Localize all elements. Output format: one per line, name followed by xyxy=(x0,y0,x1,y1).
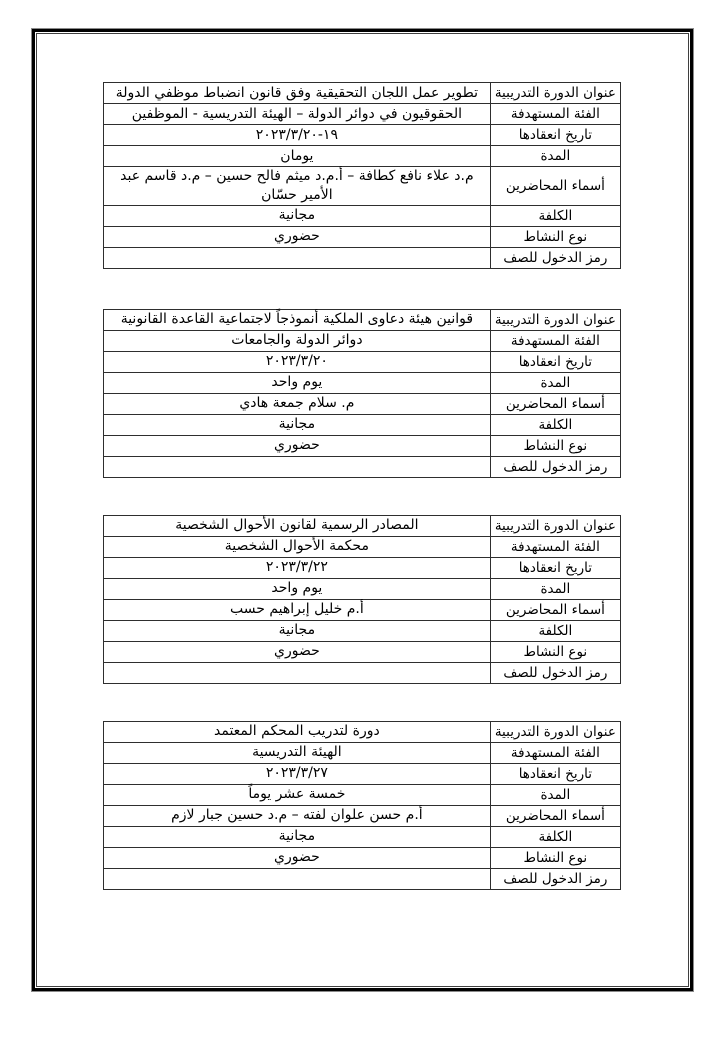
value-class-code xyxy=(104,247,491,268)
field-label-duration: المدة xyxy=(490,146,620,167)
field-label-target-group: الفئة المستهدفة xyxy=(490,104,620,125)
table-row: عنوان الدورة التدريبية دورة لتدريب المحك… xyxy=(104,721,621,742)
value-course-title: المصادر الرسمية لقانون الأحوال الشخصية xyxy=(104,515,491,536)
table-row: الفئة المستهدفة الحقوقيون في دوائر الدول… xyxy=(104,104,621,125)
table-row: الكلفة مجانية xyxy=(104,826,621,847)
value-course-title: دورة لتدريب المحكم المعتمد xyxy=(104,721,491,742)
table-row: تاريخ انعقادها ١٩-٢٠٢٣/٣/٢٠ xyxy=(104,125,621,146)
field-label-duration: المدة xyxy=(490,372,620,393)
field-label-class-code: رمز الدخول للصف xyxy=(490,868,620,889)
field-label-duration: المدة xyxy=(490,578,620,599)
value-lecturers: أ.م حسن علوان لفته – م.د حسين جبار لازم xyxy=(104,805,491,826)
value-activity-type: حضوري xyxy=(104,641,491,662)
value-target-group: دوائر الدولة والجامعات xyxy=(104,330,491,351)
value-duration: يوم واحد xyxy=(104,578,491,599)
value-cost: مجانية xyxy=(104,205,491,226)
value-date: ٢٠٢٣/٣/٢٠ xyxy=(104,351,491,372)
table-row: رمز الدخول للصف xyxy=(104,868,621,889)
field-label-target-group: الفئة المستهدفة xyxy=(490,536,620,557)
field-label-activity-type: نوع النشاط xyxy=(490,641,620,662)
value-class-code xyxy=(104,662,491,683)
value-duration: يوم واحد xyxy=(104,372,491,393)
field-label-course-title: عنوان الدورة التدريبية xyxy=(490,83,620,104)
field-label-course-title: عنوان الدورة التدريبية xyxy=(490,309,620,330)
table-row: نوع النشاط حضوري xyxy=(104,641,621,662)
field-label-lecturers: أسماء المحاضرين xyxy=(490,599,620,620)
field-label-lecturers: أسماء المحاضرين xyxy=(490,393,620,414)
table-row: رمز الدخول للصف xyxy=(104,662,621,683)
table-row: أسماء المحاضرين م.د علاء نافع كطافة – أ.… xyxy=(104,167,621,206)
table-row: الفئة المستهدفة محكمة الأحوال الشخصية xyxy=(104,536,621,557)
table-row: المدة يوم واحد xyxy=(104,578,621,599)
value-duration: يومان xyxy=(104,146,491,167)
value-activity-type: حضوري xyxy=(104,226,491,247)
field-label-lecturers: أسماء المحاضرين xyxy=(490,805,620,826)
field-label-class-code: رمز الدخول للصف xyxy=(490,456,620,477)
field-label-class-code: رمز الدخول للصف xyxy=(490,662,620,683)
field-label-date: تاريخ انعقادها xyxy=(490,763,620,784)
course-table-4: عنوان الدورة التدريبية دورة لتدريب المحك… xyxy=(103,721,621,890)
value-cost: مجانية xyxy=(104,826,491,847)
value-course-title: تطوير عمل اللجان التحقيقية وفق قانون انض… xyxy=(104,83,491,104)
page-border-frame: عنوان الدورة التدريبية تطوير عمل اللجان … xyxy=(31,28,694,992)
field-label-activity-type: نوع النشاط xyxy=(490,847,620,868)
course-table-2: عنوان الدورة التدريبية قوانين هيئة دعاوى… xyxy=(103,309,621,478)
field-label-course-title: عنوان الدورة التدريبية xyxy=(490,515,620,536)
field-label-target-group: الفئة المستهدفة xyxy=(490,742,620,763)
table-row: عنوان الدورة التدريبية قوانين هيئة دعاوى… xyxy=(104,309,621,330)
table-row: تاريخ انعقادها ٢٠٢٣/٣/٢٢ xyxy=(104,557,621,578)
table-row: المدة يومان xyxy=(104,146,621,167)
value-duration: خمسة عشر يوماً xyxy=(104,784,491,805)
table-row: رمز الدخول للصف xyxy=(104,456,621,477)
table-row: تاريخ انعقادها ٢٠٢٣/٣/٢٠ xyxy=(104,351,621,372)
value-lecturers: أ.م خليل إبراهيم حسب xyxy=(104,599,491,620)
value-course-title: قوانين هيئة دعاوى الملكية أنموذجاً لاجتم… xyxy=(104,309,491,330)
course-table-3: عنوان الدورة التدريبية المصادر الرسمية ل… xyxy=(103,515,621,684)
field-label-cost: الكلفة xyxy=(490,826,620,847)
field-label-lecturers: أسماء المحاضرين xyxy=(490,167,620,206)
field-label-date: تاريخ انعقادها xyxy=(490,125,620,146)
page-border-frame-mid: عنوان الدورة التدريبية تطوير عمل اللجان … xyxy=(32,29,693,991)
value-activity-type: حضوري xyxy=(104,435,491,456)
value-lecturers: م. سلام جمعة هادي xyxy=(104,393,491,414)
field-label-date: تاريخ انعقادها xyxy=(490,557,620,578)
table-row: أسماء المحاضرين م. سلام جمعة هادي xyxy=(104,393,621,414)
table-row: عنوان الدورة التدريبية المصادر الرسمية ل… xyxy=(104,515,621,536)
table-row: الفئة المستهدفة الهيئة التدريسية xyxy=(104,742,621,763)
table-row: رمز الدخول للصف xyxy=(104,247,621,268)
table-row: تاريخ انعقادها ٢٠٢٣/٣/٢٧ xyxy=(104,763,621,784)
value-target-group: محكمة الأحوال الشخصية xyxy=(104,536,491,557)
value-cost: مجانية xyxy=(104,620,491,641)
value-class-code xyxy=(104,868,491,889)
table-row: نوع النشاط حضوري xyxy=(104,435,621,456)
table-row: الكلفة مجانية xyxy=(104,414,621,435)
table-row: الكلفة مجانية xyxy=(104,620,621,641)
field-label-cost: الكلفة xyxy=(490,414,620,435)
field-label-cost: الكلفة xyxy=(490,205,620,226)
field-label-class-code: رمز الدخول للصف xyxy=(490,247,620,268)
table-row: أسماء المحاضرين أ.م حسن علوان لفته – م.د… xyxy=(104,805,621,826)
table-row: الفئة المستهدفة دوائر الدولة والجامعات xyxy=(104,330,621,351)
page-content-area: عنوان الدورة التدريبية تطوير عمل اللجان … xyxy=(36,33,689,987)
table-row: عنوان الدورة التدريبية تطوير عمل اللجان … xyxy=(104,83,621,104)
value-activity-type: حضوري xyxy=(104,847,491,868)
value-class-code xyxy=(104,456,491,477)
field-label-activity-type: نوع النشاط xyxy=(490,435,620,456)
table-row: الكلفة مجانية xyxy=(104,205,621,226)
table-row: نوع النشاط حضوري xyxy=(104,226,621,247)
table-row: المدة يوم واحد xyxy=(104,372,621,393)
field-label-date: تاريخ انعقادها xyxy=(490,351,620,372)
field-label-activity-type: نوع النشاط xyxy=(490,226,620,247)
value-target-group: الهيئة التدريسية xyxy=(104,742,491,763)
value-target-group: الحقوقيون في دوائر الدولة – الهيئة التدر… xyxy=(104,104,491,125)
value-lecturers: م.د علاء نافع كطافة – أ.م.د ميثم فالح حس… xyxy=(104,167,491,206)
field-label-duration: المدة xyxy=(490,784,620,805)
course-table-1: عنوان الدورة التدريبية تطوير عمل اللجان … xyxy=(103,82,621,269)
value-cost: مجانية xyxy=(104,414,491,435)
field-label-cost: الكلفة xyxy=(490,620,620,641)
field-label-target-group: الفئة المستهدفة xyxy=(490,330,620,351)
table-row: المدة خمسة عشر يوماً xyxy=(104,784,621,805)
value-date: ٢٠٢٣/٣/٢٢ xyxy=(104,557,491,578)
value-date: ١٩-٢٠٢٣/٣/٢٠ xyxy=(104,125,491,146)
table-row: أسماء المحاضرين أ.م خليل إبراهيم حسب xyxy=(104,599,621,620)
value-date: ٢٠٢٣/٣/٢٧ xyxy=(104,763,491,784)
table-row: نوع النشاط حضوري xyxy=(104,847,621,868)
field-label-course-title: عنوان الدورة التدريبية xyxy=(490,721,620,742)
